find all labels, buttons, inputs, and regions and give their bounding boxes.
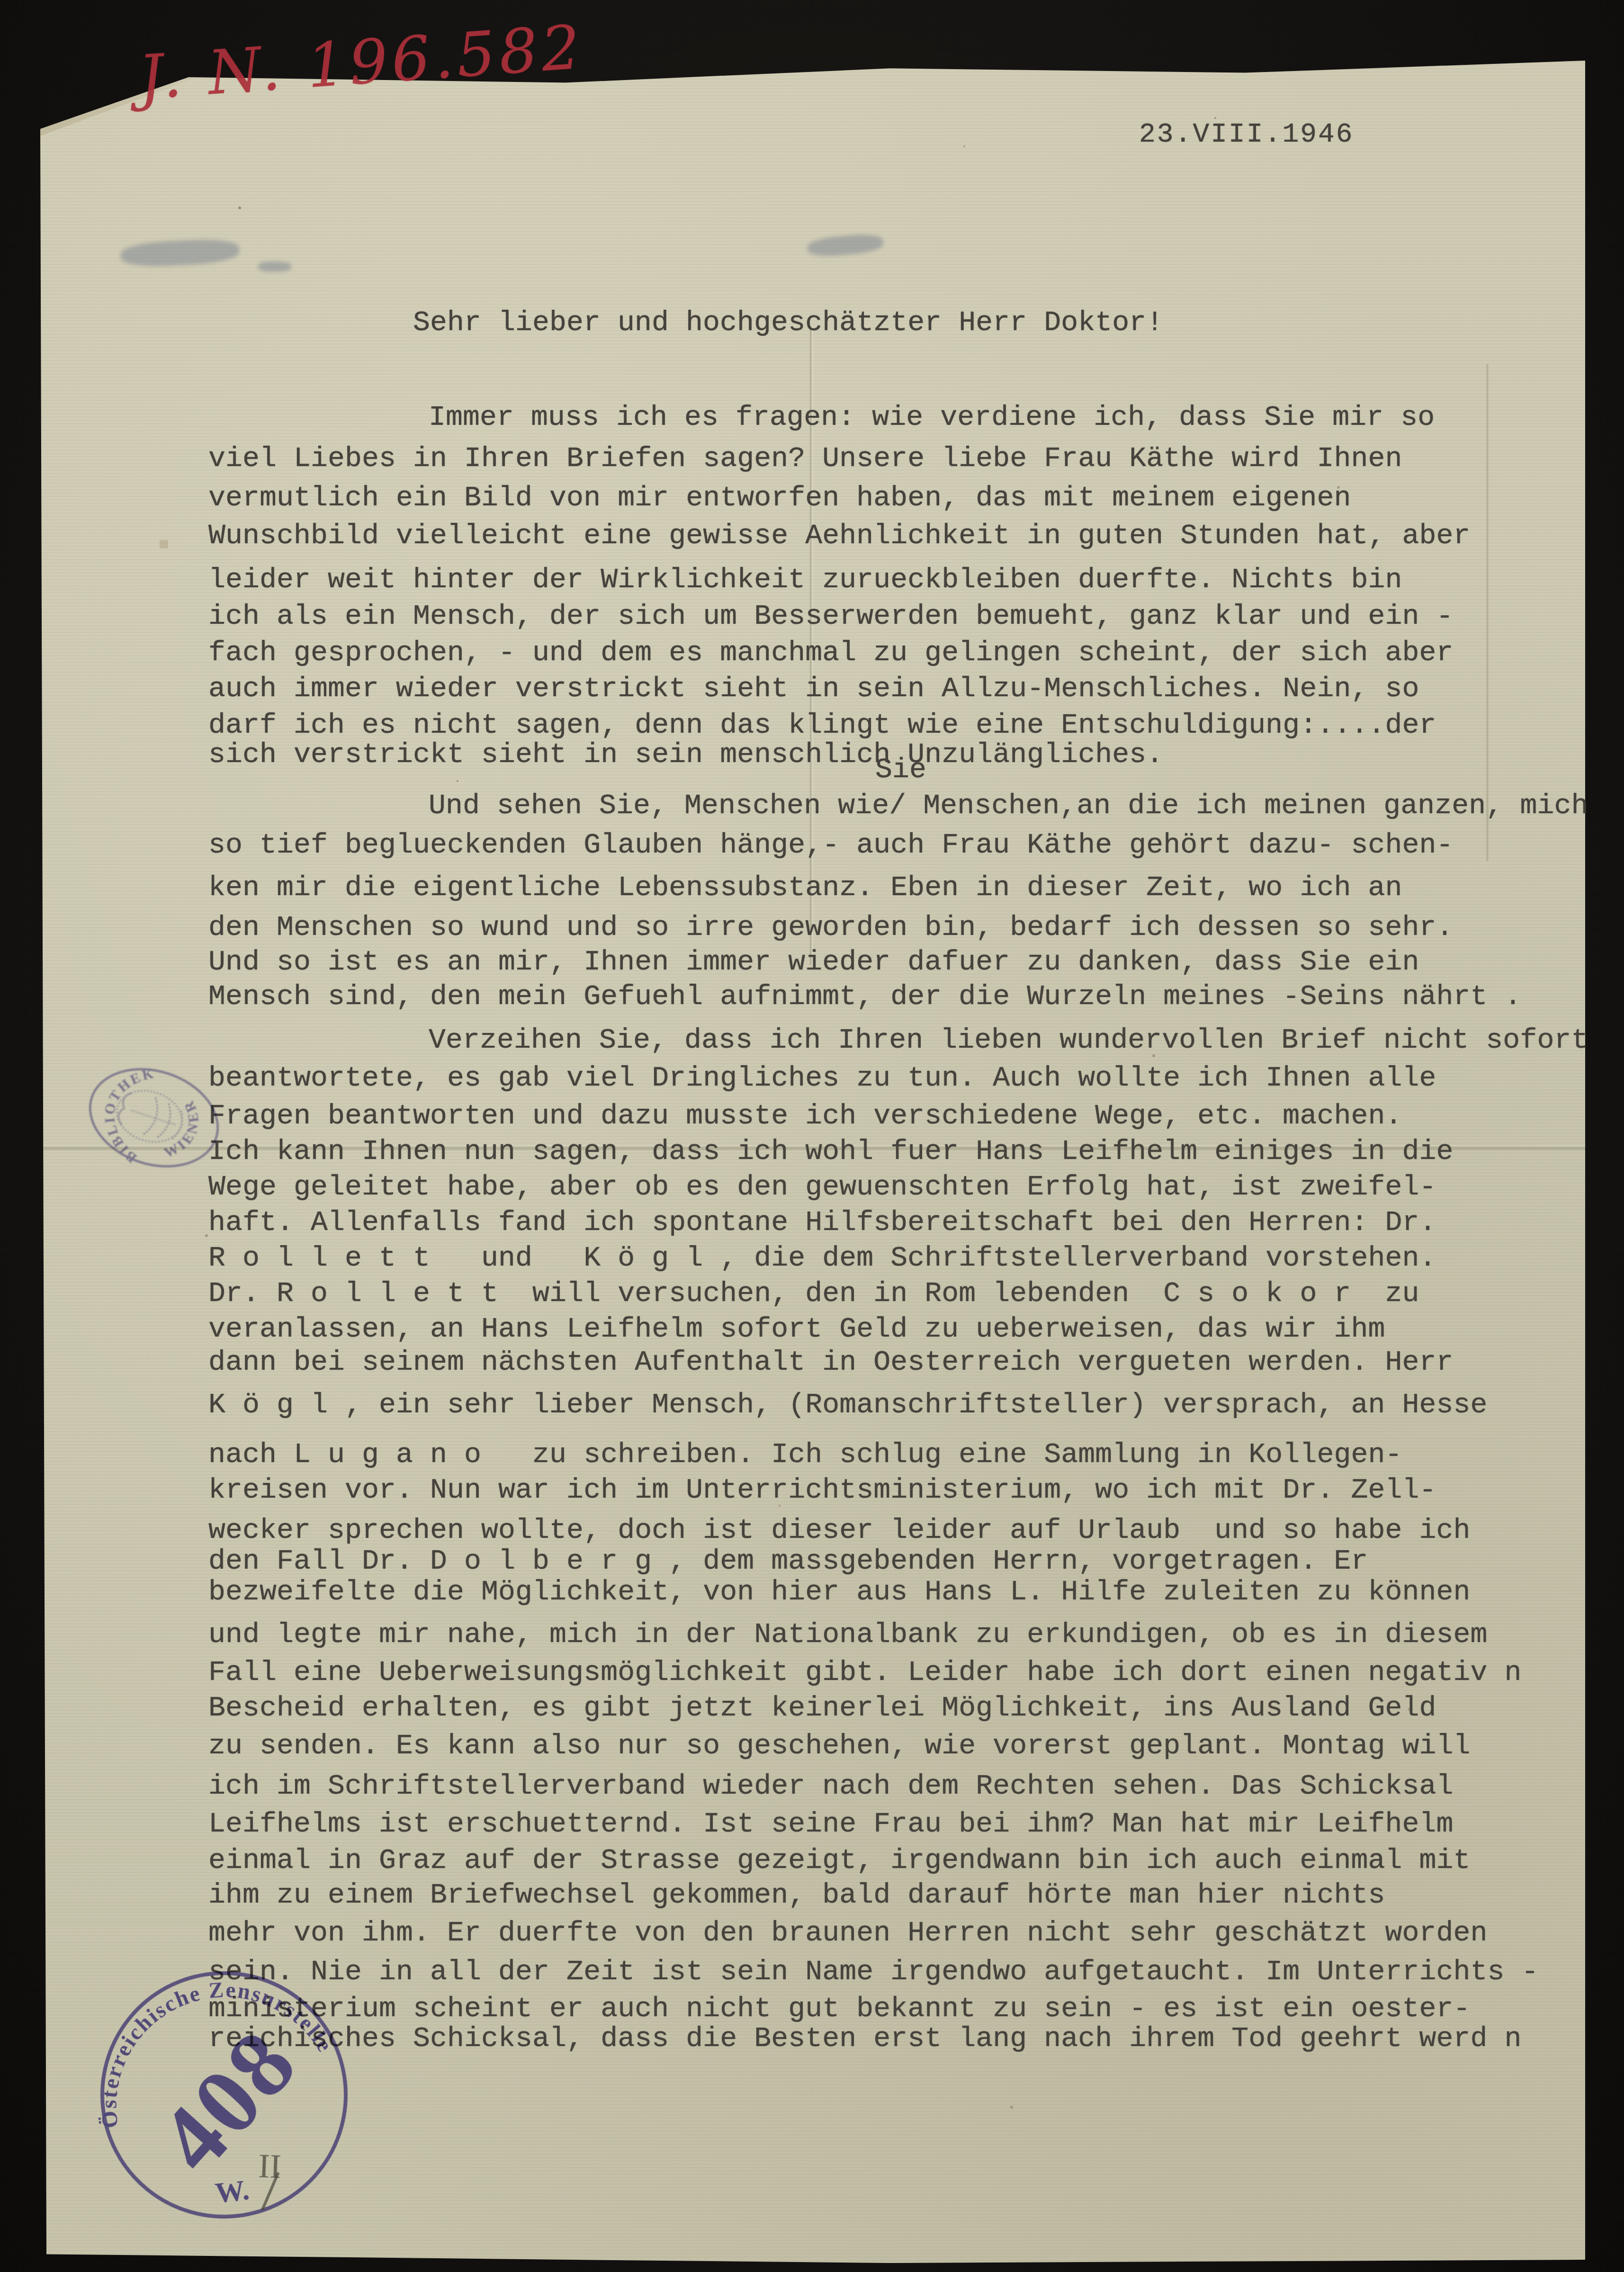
- letter-line-19: Fragen beantworten und dazu musste ich v…: [208, 1102, 1402, 1131]
- letter-line-36: zu senden. Es kann also nur so geschehen…: [208, 1732, 1470, 1760]
- letter-line-17: Verzeihen Sie, dass ich Ihren lieben wun…: [429, 1026, 1588, 1055]
- letter-line-34: Fall eine Ueberweisungsmöglichkeit gibt.…: [208, 1659, 1521, 1687]
- letter-line-10: sich verstrickt sieht in sein menschlich…: [208, 741, 1163, 769]
- letter-line-25: veranlassen, an Hans Leifhelm sofort Gel…: [208, 1315, 1385, 1344]
- letter-line-15: Und so ist es an mir, Ihnen immer wieder…: [208, 948, 1419, 977]
- letter-line-13: ken mir die eigentliche Lebenssubstanz. …: [208, 874, 1402, 902]
- letter-line-43: ministerium scheint er auch nicht gut be…: [208, 1995, 1470, 2023]
- letter-line-23: R o l l e t t und K ö g l , die dem Schr…: [208, 1244, 1436, 1273]
- letter-line-38: Leifhelms ist erschuetternd. Ist seine F…: [208, 1810, 1453, 1839]
- letter-line-5: leider weit hinter der Wirklichkeit zuru…: [208, 566, 1402, 594]
- letter-line-20: Ich kann Ihnen nun sagen, dass ich wohl …: [208, 1138, 1453, 1166]
- letter-date: 23.VIII.1946: [1139, 119, 1354, 150]
- censor-stamp-number: 408: [139, 2010, 317, 2191]
- letter-line-40: ihm zu einem Briefwechsel gekommen, bald…: [208, 1881, 1385, 1910]
- censor-stamp-city-initial: W.: [214, 2174, 251, 2209]
- letter-line-27: K ö g l , ein sehr lieber Mensch, (Roman…: [208, 1391, 1487, 1419]
- letter-line-9: darf ich es nicht sagen, denn das klingt…: [208, 711, 1436, 740]
- letter-line-37: ich im Schriftstellerverband wieder nach…: [208, 1772, 1453, 1801]
- erased-pencil-mark: [258, 261, 291, 272]
- letter-line-26: dann bei seinem nächsten Aufenthalt in O…: [208, 1348, 1453, 1377]
- letter-line-30: wecker sprechen wollte, doch ist dieser …: [208, 1517, 1470, 1545]
- letter-line-21: Wege geleitet habe, aber ob es den gewue…: [208, 1173, 1436, 1202]
- letter-line-8: auch immer wieder verstrickt sieht in se…: [208, 675, 1419, 703]
- pencil-note-text: II: [258, 2147, 282, 2186]
- letter-line-2: viel Liebes in Ihren Briefen sagen? Unse…: [208, 445, 1402, 473]
- letter-line-31: den Fall Dr. D o l b e r g , dem massgeb…: [208, 1547, 1368, 1576]
- letter-line-24: Dr. R o l l e t t will versuchen, den in…: [208, 1280, 1419, 1308]
- typed-insertion-word: Sie: [875, 754, 926, 786]
- letter-line-42: sein. Nie in all der Zeit ist sein Name …: [208, 1958, 1538, 1986]
- letter-line-35: Bescheid erhalten, es gibt jetzt keinerl…: [208, 1694, 1436, 1723]
- letter-line-41: mehr von ihm. Er duerfte von den braunen…: [208, 1919, 1487, 1948]
- letter-line-29: kreisen vor. Nun war ich im Unterrichtsm…: [208, 1476, 1436, 1505]
- letter-salutation: Sehr lieber und hochgeschätzter Herr Dok…: [413, 307, 1163, 339]
- letter-line-7: fach gesprochen, - und dem es manchmal z…: [208, 639, 1453, 667]
- letter-line-22: haft. Allenfalls fand ich spontane Hilfs…: [208, 1209, 1436, 1237]
- letter-line-6: ich als ein Mensch, der sich um Besserwe…: [208, 602, 1453, 631]
- right-edge-crease: [1486, 364, 1489, 861]
- letter-line-1: Immer muss ich es fragen: wie verdiene i…: [429, 404, 1435, 432]
- letter-line-4: Wunschbild vielleicht eine gewisse Aehnl…: [208, 522, 1470, 550]
- censor-round-stamp: Österreichische Zensurstelle 408 W. II: [71, 1941, 377, 2248]
- letter-line-32: bezweifelte die Möglichkeit, von hier au…: [208, 1578, 1470, 1607]
- letter-line-28: nach L u g a n o zu schreiben. Ich schlu…: [208, 1441, 1402, 1469]
- letter-line-12: so tief beglueckenden Glauben hänge,- au…: [208, 831, 1453, 860]
- letter-line-11: Und sehen Sie, Menschen wie/ Menschen,an…: [429, 792, 1588, 820]
- letter-line-16: Mensch sind, den mein Gefuehl aufnimmt, …: [208, 983, 1521, 1011]
- letter-line-14: den Menschen so wund und so irre geworde…: [208, 914, 1453, 942]
- letter-line-39: einmal in Graz auf der Strasse gezeigt, …: [208, 1847, 1470, 1875]
- letter-line-3: vermutlich ein Bild von mir entworfen ha…: [208, 484, 1351, 512]
- letter-line-44: reichisches Schicksal, dass die Besten e…: [208, 2025, 1521, 2053]
- scanned-letter-canvas: J. N. 196.582 23.VIII.1946 Sehr lieber u…: [0, 0, 1624, 2272]
- letter-line-33: und legte mir nahe, mich in der National…: [208, 1621, 1487, 1649]
- letter-line-18: beantwortete, es gab viel Dringliches zu…: [208, 1064, 1436, 1093]
- paper-speckles: [40, 61, 41, 62]
